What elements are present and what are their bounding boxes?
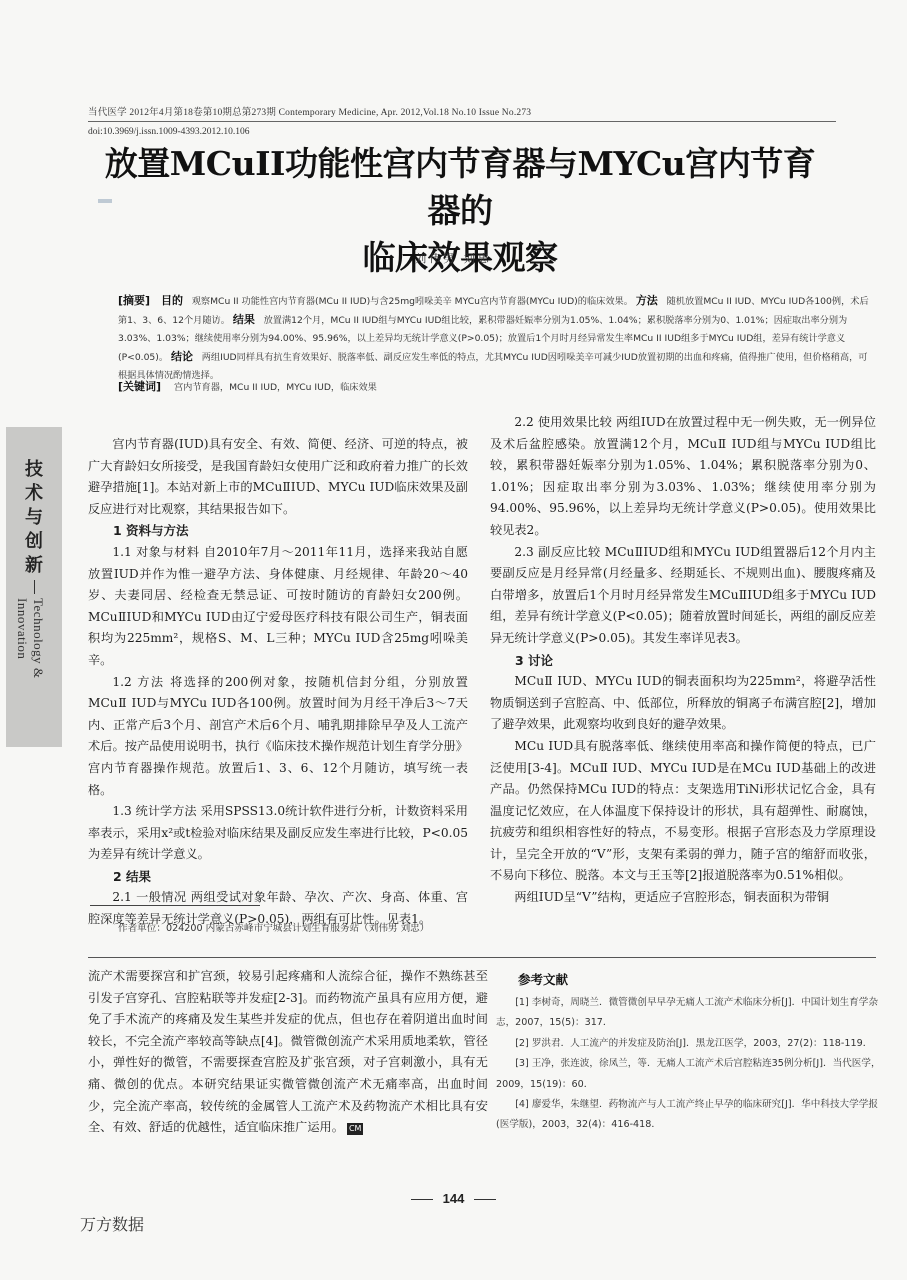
section-banner-en: Technology & Innovation [22, 598, 46, 738]
abstract-label: [摘要] [118, 294, 150, 307]
section-heading: 1 资料与方法 [88, 520, 468, 542]
keywords-text: 宫内节育器，MCu II IUD，MYCu IUD，临床效果 [174, 382, 377, 393]
header-divider [88, 121, 836, 122]
keywords-label: [关键词] [118, 380, 161, 393]
reference-item: [4] 廖爱华，朱继望．药物流产与人工流产终止早孕的临床研究[J]．华中科技大学… [496, 1095, 884, 1136]
section-heading: 2 结果 [88, 866, 468, 888]
title-line-1: 放置MCuII功能性宫内节育器与MYCu宫内节育器的 [90, 140, 830, 234]
paragraph: 1.1 对象与材料 自2010年7月～2011年11月，选择来我站自愿放置IUD… [88, 542, 468, 672]
end-of-article-icon: CM [347, 1123, 364, 1135]
reference-item: [3] 王净，张连波，徐凤兰，等．无痛人工流产术后宫腔粘连35例分析[J]．当代… [496, 1054, 884, 1095]
dash-left [411, 1199, 433, 1200]
paragraph: MCuⅡ IUD、MYCu IUD的铜表面积均为225mm²，将避孕活性物质铜送… [490, 671, 876, 736]
paragraph: 2.2 使用效果比较 两组IUD在放置过程中无一例失败，无一例异位及术后盆腔感染… [490, 412, 876, 542]
page-number: 144 [0, 1191, 907, 1206]
purpose-label: 目的 [161, 294, 183, 307]
keywords: [关键词] 宫内节育器，MCu II IUD，MYCu IUD，临床效果 [118, 378, 377, 394]
reference-item: [2] 罗洪君．人工流产的并发症及防治[J]．黑龙江医学，2003，27(2)：… [496, 1034, 884, 1054]
result-label: 结果 [233, 313, 255, 326]
section-divider [88, 957, 876, 958]
body-column-left: 宫内节育器(IUD)具有安全、有效、简便、经济、可逆的特点，被广大育龄妇女所接受… [88, 434, 468, 931]
purpose-text: 观察MCu II 功能性宫内节育器(MCu II IUD)与含25mg吲哚美辛 … [192, 296, 633, 307]
journal-header: 当代医学 2012年4月第18卷第10期总第273期 Contemporary … [88, 104, 531, 118]
authors: 刘伟男 刘忠 [0, 250, 907, 266]
body-column-bottom-left: 流产术需要探宫和扩宫颈，较易引起疼痛和人流综合征，操作不熟练甚至引发子宫穿孔、宫… [88, 966, 488, 1139]
reference-item: [1] 李树奇，周晓兰．微管微创早早孕无痛人工流产术临床分析[J]．中国计划生育… [496, 993, 884, 1034]
paragraph: 2.3 副反应比较 MCuⅡIUD组和MYCu IUD组置器后12个月内主要副反… [490, 542, 876, 650]
section-banner-cn: 技术与创新 [22, 458, 46, 578]
watermark: 万方数据 [80, 1212, 144, 1235]
body-column-right: 2.2 使用效果比较 两组IUD在放置过程中无一例失败，无一例异位及术后盆腔感染… [490, 412, 876, 909]
author-affiliation: 作者单位：024200 内蒙古赤峰市宁城县计划生育服务站（刘伟男 刘忠） [118, 920, 429, 934]
method-label: 方法 [636, 294, 658, 307]
paragraph: 流产术需要探宫和扩宫颈，较易引起疼痛和人流综合征，操作不熟练甚至引发子宫穿孔、宫… [88, 966, 488, 1139]
dash-right [474, 1199, 496, 1200]
references-heading: 参考文献 [518, 970, 884, 988]
paragraph-text: 流产术需要探宫和扩宫颈，较易引起疼痛和人流综合征，操作不熟练甚至引发子宫穿孔、宫… [88, 969, 488, 1134]
paragraph: 宫内节育器(IUD)具有安全、有效、简便、经济、可逆的特点，被广大育龄妇女所接受… [88, 434, 468, 520]
paragraph: 1.3 统计学方法 采用SPSS13.0统计软件进行分析，计数资料采用率表示，采… [88, 801, 468, 866]
paragraph: 1.2 方法 将选择的200例对象，按随机信封分组，分别放置MCuⅡ IUD与M… [88, 672, 468, 802]
page-number-text: 144 [443, 1191, 465, 1206]
conclusion-label: 结论 [171, 350, 193, 363]
abstract: [摘要] 目的 观察MCu II 功能性宫内节育器(MCu II IUD)与含2… [118, 292, 874, 385]
conclusion-text: 两组IUD同样具有抗生育效果好、脱落率低、副反应发生率低的特点，尤其MYCu I… [118, 352, 867, 381]
references: 参考文献 [1] 李树奇，周晓兰．微管微创早早孕无痛人工流产术临床分析[J]．中… [518, 970, 884, 1136]
paragraph: MCu IUD具有脱落率低、继续使用率高和操作简便的特点，已广泛使用[3-4]。… [490, 736, 876, 887]
footnote-divider [90, 905, 260, 906]
doi: doi:10.3969/j.issn.1009-4393.2012.10.106 [88, 127, 250, 137]
section-banner-divider [34, 580, 35, 594]
section-heading: 3 讨论 [490, 650, 876, 672]
paragraph: 两组IUD呈“V”结构，更适应子宫腔形态，铜表面积为带铜 [490, 887, 876, 909]
